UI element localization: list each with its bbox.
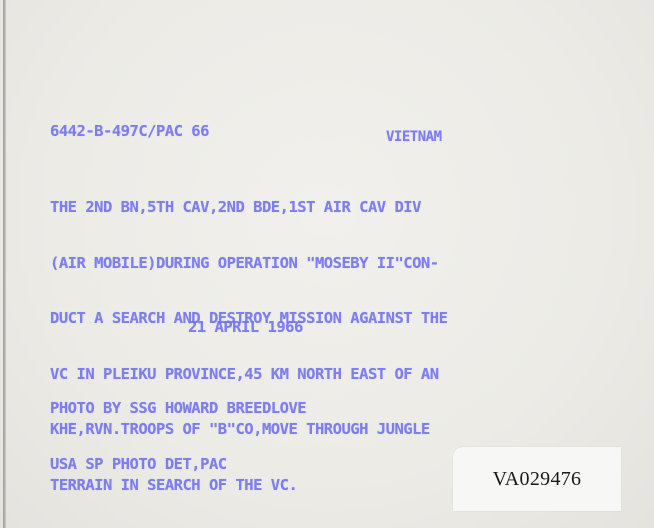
photo-back-paper: 6442-B-497C/PAC 66 VIETNAM THE 2ND BN,5T… bbox=[0, 0, 654, 528]
archive-label: VA029476 bbox=[453, 447, 621, 511]
credit-line: USA SP PHOTO DET,PAC bbox=[50, 455, 306, 474]
country-heading: VIETNAM bbox=[386, 128, 442, 147]
photo-credit: PHOTO BY SSG HOWARD BREEDLOVE USA SP PHO… bbox=[50, 362, 306, 510]
paper-edge bbox=[3, 0, 6, 528]
caption-line: (AIR MOBILE)DURING OPERATION "MOSEBY II"… bbox=[50, 254, 447, 273]
caption-date: 21 APRIL 1966 bbox=[188, 318, 303, 337]
archive-id: VA029476 bbox=[453, 468, 621, 491]
reference-number: 6442-B-497C/PAC 66 bbox=[50, 122, 209, 141]
credit-line: PHOTO BY SSG HOWARD BREEDLOVE bbox=[50, 399, 306, 418]
caption-line: THE 2ND BN,5TH CAV,2ND BDE,1ST AIR CAV D… bbox=[50, 198, 447, 217]
